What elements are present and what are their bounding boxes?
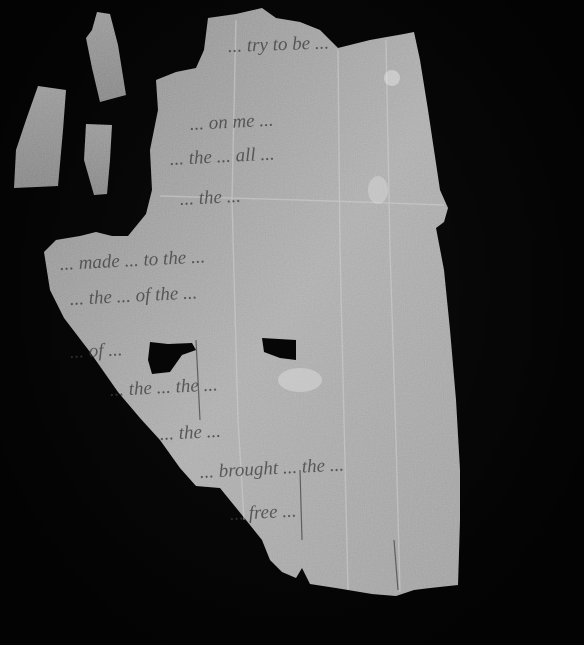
stain <box>278 368 322 392</box>
script-line: ... on me ... <box>189 110 274 135</box>
stain <box>368 176 388 204</box>
script-line: ... try to be ... <box>227 32 329 57</box>
fragment-left <box>14 86 66 188</box>
photograph: ... try to be ... ... on me ... ... the … <box>0 0 584 645</box>
stain <box>384 70 400 86</box>
script-line: ... of ... <box>69 339 123 363</box>
script-line: ... free ... <box>229 501 297 525</box>
script-line: ... the ... <box>159 421 221 445</box>
manuscript-illustration: ... try to be ... ... on me ... ... the … <box>0 0 584 645</box>
fragment-top <box>86 12 126 102</box>
fragment-middle <box>84 124 112 195</box>
script-line: ... the ... <box>179 186 241 210</box>
